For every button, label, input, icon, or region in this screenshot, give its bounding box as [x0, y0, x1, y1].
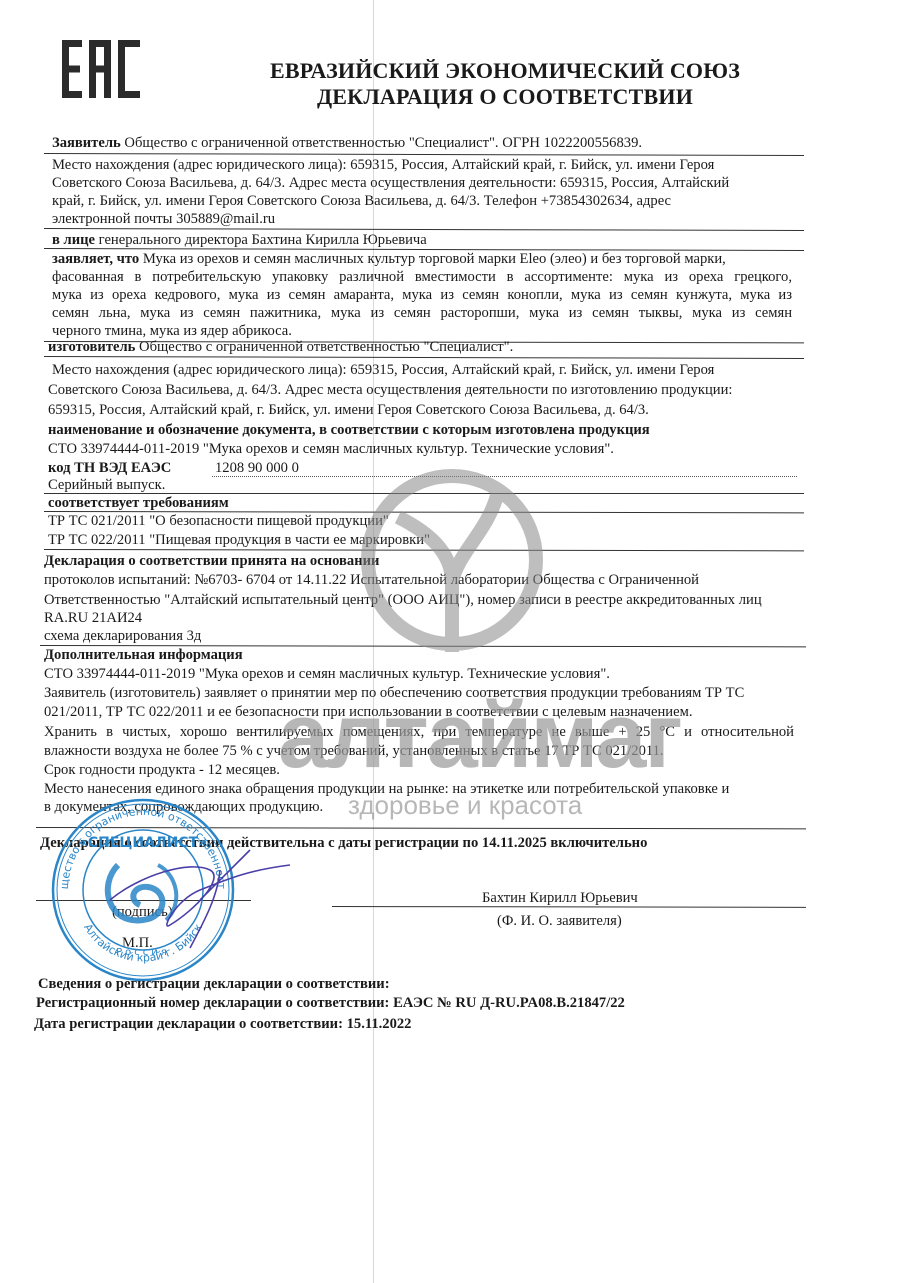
manufacturer-label: изготовитель	[48, 339, 135, 355]
watermark-leaf-logo-icon	[358, 462, 546, 658]
applicant-address-line: край, г. Бийск, ул. имени Героя Советско…	[52, 192, 671, 210]
applicant-address-line: Советского Союза Васильева, д. 64/3. Адр…	[52, 174, 729, 192]
watermark-tagline: здоровье и красота	[348, 790, 582, 820]
registration-date-label: Дата регистрации декларации о соответств…	[34, 1016, 347, 1032]
applicant-email-line: электронной почты 305889@mail.ru	[52, 210, 275, 228]
manufacturer-text: Общество с ограниченной ответственностью…	[135, 339, 513, 355]
watermark-brand: алтаймаг	[278, 690, 681, 782]
registration-number-label: Регистрационный номер декларации о соотв…	[36, 995, 393, 1011]
manufacturer-line: изготовитель Общество с ограниченной отв…	[48, 338, 513, 356]
tn-ved-code: 1208 90 000 0	[215, 459, 299, 477]
eac-logo-icon	[62, 40, 140, 98]
name-line	[332, 906, 806, 908]
declaration-scheme: схема декларирования 3д	[44, 627, 201, 645]
applicant-address-line: Место нахождения (адрес юридического лиц…	[52, 156, 714, 174]
applicant-line: Заявитель Общество с ограниченной ответс…	[52, 134, 642, 152]
requirements-label: соответствует требованиям	[48, 494, 229, 512]
applicant-name: Бахтин Кирилл Юрьевич	[482, 889, 638, 907]
basis-label: Декларация о соответствии принята на осн…	[44, 552, 379, 570]
registration-date-line: Дата регистрации декларации о соответств…	[34, 1015, 411, 1033]
registration-date: 15.11.2022	[347, 1016, 412, 1032]
serial-release: Серийный выпуск.	[48, 476, 165, 494]
applicant-label: Заявитель	[52, 135, 121, 151]
manufacturer-address-line: Место нахождения (адрес юридического лиц…	[52, 361, 714, 379]
represented-line: в лице генерального директора Бахтина Ки…	[52, 231, 427, 249]
document-title: ДЕКЛАРАЦИЯ О СООТВЕТСТВИИ	[160, 84, 850, 110]
manufacturer-address-line: Советского Союза Васильева, д. 64/3. Адр…	[48, 381, 732, 399]
declares-label: заявляет, что	[52, 251, 139, 267]
requirement-item: ТР ТС 021/2011 "О безопасности пищевой п…	[48, 512, 389, 530]
accreditation-number: RA.RU 21АИ24	[44, 609, 142, 627]
shelf-life: Срок годности продукта - 12 месяцев.	[44, 761, 280, 779]
product-line: семян льна, мука из семян пажитника, мук…	[52, 304, 792, 322]
name-caption: (Ф. И. О. заявителя)	[497, 912, 622, 930]
tn-ved-label: код ТН ВЭД ЕАЭС	[48, 459, 171, 477]
registration-heading: Сведения о регистрации декларации о соот…	[38, 975, 390, 993]
represented-label: в лице	[52, 232, 95, 248]
declares-text: Мука из орехов и семян масличных культур…	[139, 251, 726, 267]
registration-number-line: Регистрационный номер декларации о соотв…	[36, 994, 625, 1012]
divider	[44, 356, 804, 359]
manufacturer-address-line: 659315, Россия, Алтайский край, г. Бийск…	[48, 401, 649, 419]
handwritten-signature-icon	[100, 840, 300, 950]
standard-text: СТО 33974444-011-2019 "Мука орехов и сем…	[48, 440, 614, 458]
standard-label: наименование и обозначение документа, в …	[48, 421, 650, 439]
declares-line: заявляет, что Мука из орехов и семян мас…	[52, 250, 726, 268]
union-title: ЕВРАЗИЙСКИЙ ЭКОНОМИЧЕСКИЙ СОЮЗ	[160, 58, 850, 84]
product-line: мука из ореха кедрового, мука из семян а…	[52, 286, 792, 304]
additional-line: СТО 33974444-011-2019 "Мука орехов и сем…	[44, 665, 610, 683]
additional-label: Дополнительная информация	[44, 646, 243, 664]
registration-number: ЕАЭС № RU Д-RU.PA08.B.21847/22	[393, 995, 625, 1011]
product-line: фасованная в потребительскую упаковку ра…	[52, 268, 792, 286]
represented-text: генерального директора Бахтина Кирилла Ю…	[95, 232, 427, 248]
applicant-text: Общество с ограниченной ответственностью…	[121, 135, 642, 151]
